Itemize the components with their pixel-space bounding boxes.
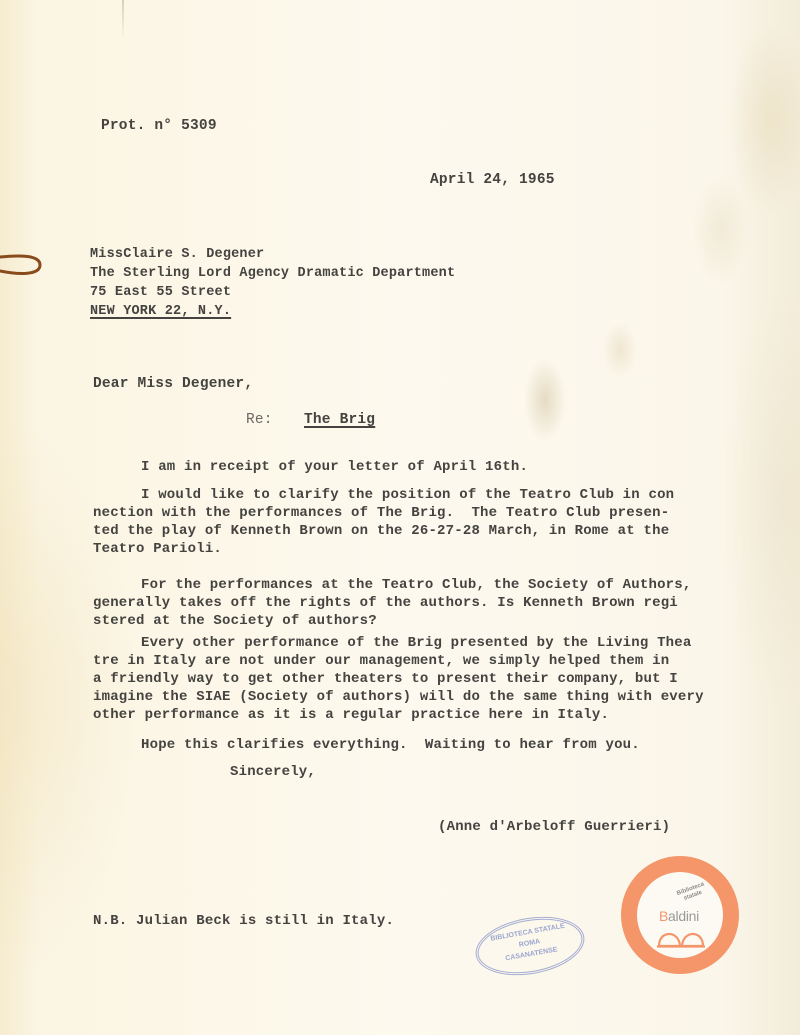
paragraph-4-line-2: tre in Italy are not under our managemen… bbox=[93, 652, 669, 670]
baldini-library-logo: Biblioteca statale Baldini bbox=[621, 856, 739, 974]
paragraph-3-line-3: stered at the Society of authors? bbox=[93, 612, 377, 630]
paperclip-rust-mark bbox=[0, 251, 44, 279]
paragraph-3-line-1: For the performances at the Teatro Club,… bbox=[141, 576, 692, 594]
paragraph-4-line-3: a friendly way to get other theaters to … bbox=[93, 670, 678, 688]
letter-date: April 24, 1965 bbox=[430, 171, 555, 189]
protocol-number: Prot. n° 5309 bbox=[101, 117, 217, 135]
recipient-organization: The Sterling Lord Agency Dramatic Depart… bbox=[90, 265, 455, 283]
recipient-street: 75 East 55 Street bbox=[90, 284, 231, 302]
recipient-city: NEW YORK 22, N.Y. bbox=[90, 303, 231, 321]
salutation: Dear Miss Degener, bbox=[93, 375, 253, 393]
recipient-name: MissClaire S. Degener bbox=[90, 246, 264, 264]
open-book-icon bbox=[657, 926, 705, 948]
paragraph-2-line-1: I would like to clarify the position of … bbox=[141, 486, 674, 504]
paragraph-4-line-1: Every other performance of the Brig pres… bbox=[141, 634, 692, 652]
paragraph-4-line-4: imagine the SIAE (Society of authors) wi… bbox=[93, 688, 704, 706]
re-label: Re: bbox=[246, 411, 273, 429]
paragraph-1-line-1: I am in receipt of your letter of April … bbox=[141, 458, 528, 476]
paragraph-4-line-5: other performance as it is a regular pra… bbox=[93, 706, 609, 724]
paper-crease bbox=[122, 0, 124, 40]
logo-small-text: Biblioteca statale bbox=[676, 881, 709, 904]
paragraph-3-line-2: generally takes off the rights of the au… bbox=[93, 594, 678, 612]
paragraph-2-line-3: ted the play of Kenneth Brown on the 26-… bbox=[93, 522, 669, 540]
postscript: N.B. Julian Beck is still in Italy. bbox=[93, 912, 394, 930]
signature: (Anne d'Arbeloff Guerrieri) bbox=[438, 818, 670, 836]
closing: Sincerely, bbox=[230, 763, 316, 781]
paragraph-2-line-4: Teatro Parioli. bbox=[93, 540, 222, 558]
re-subject: The Brig bbox=[304, 411, 375, 429]
paragraph-5-line-1: Hope this clarifies everything. Waiting … bbox=[141, 736, 640, 754]
paragraph-2-line-2: nection with the performances of The Bri… bbox=[93, 504, 669, 522]
logo-name: Baldini bbox=[659, 908, 699, 924]
